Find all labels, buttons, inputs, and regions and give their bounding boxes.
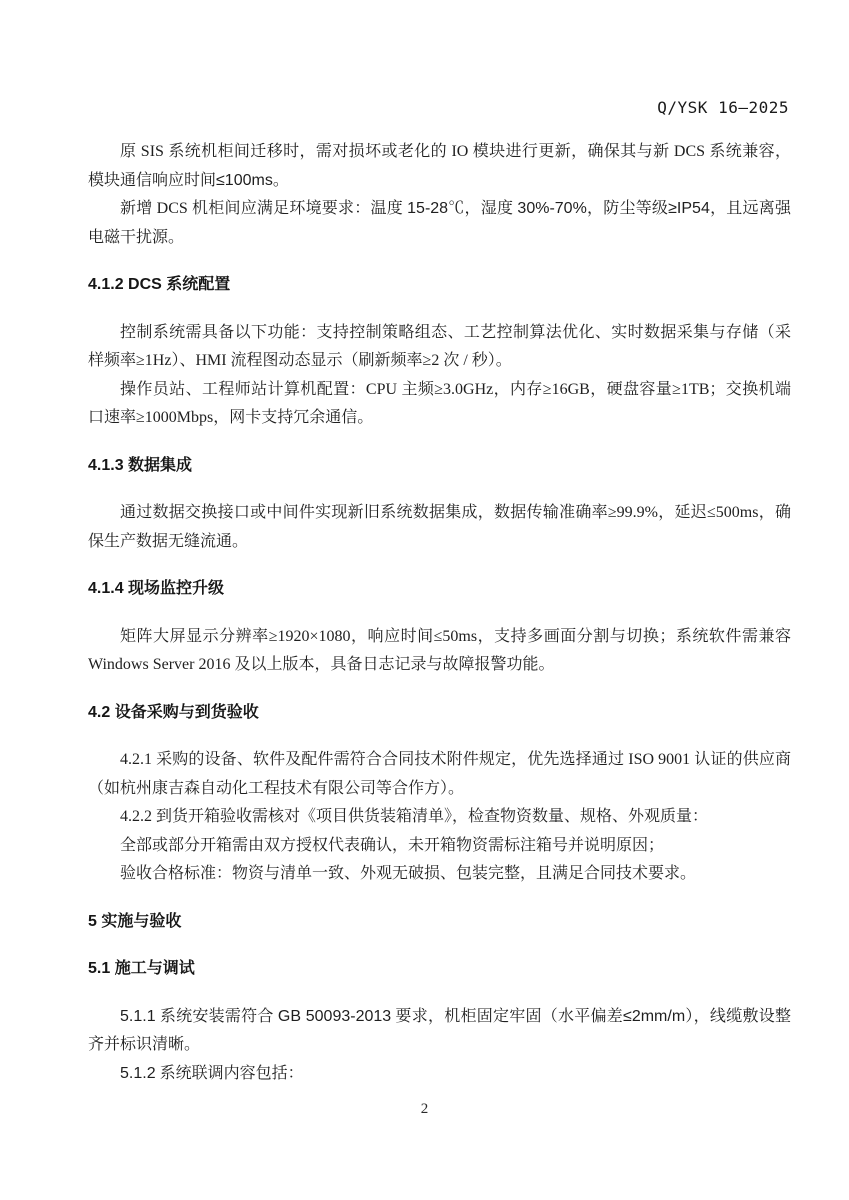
text-run: 系统联调内容包括： xyxy=(156,1065,304,1082)
document-code-header: Q/YSK 16—2025 xyxy=(657,97,789,119)
text-run: 4.1.2 DCS 系统配置 xyxy=(88,276,230,293)
text-run: 5.1.2 xyxy=(120,1065,156,1082)
text-run: 4.2 设备采购与到货验收 xyxy=(88,704,259,721)
text-run: 控制系统需具备以下功能：支持控制策略组态、工艺控制算法优化、实时数据采集与存储（… xyxy=(88,324,791,370)
text-run: 通过数据交换接口或中间件实现新旧系统数据集成，数据传输准确率≥99.9%，延迟≤… xyxy=(88,504,791,550)
text-run: ，防尘等级 xyxy=(587,200,668,217)
text-run: ≤100ms xyxy=(216,172,273,189)
text-run: 4.1.4 现场监控升级 xyxy=(88,580,224,597)
section-heading: 4.1.4 现场监控升级 xyxy=(88,575,791,604)
text-run: 5.1.1 xyxy=(120,1008,156,1025)
body-paragraph: 原 SIS 系统机柜间迁移时，需对损坏或老化的 IO 模块进行更新，确保其与新 … xyxy=(88,138,791,195)
document-body: 原 SIS 系统机柜间迁移时，需对损坏或老化的 IO 模块进行更新，确保其与新 … xyxy=(88,138,791,1088)
section-heading: 4.1.3 数据集成 xyxy=(88,452,791,481)
text-run: 15-28 xyxy=(407,200,448,217)
text-run: 4.2.1 采购的设备、软件及配件需符合合同技术附件规定，优先选择通过 ISO … xyxy=(88,751,791,797)
text-run: 原 SIS 系统机柜间迁移时，需对损坏或老化的 IO 模块进行更新，确保其与新 … xyxy=(88,143,791,189)
text-run: GB 50093-2013 xyxy=(278,1008,391,1025)
text-run: 新增 DCS 机柜间应满足环境要求：温度 xyxy=(120,200,407,217)
section-heading: 4.1.2 DCS 系统配置 xyxy=(88,271,791,300)
body-paragraph: 4.2.1 采购的设备、软件及配件需符合合同技术附件规定，优先选择通过 ISO … xyxy=(88,746,791,803)
document-page: Q/YSK 16—2025 原 SIS 系统机柜间迁移时，需对损坏或老化的 IO… xyxy=(0,0,849,1200)
text-run: ≤2mm/m xyxy=(623,1008,685,1025)
section-heading: 4.2 设备采购与到货验收 xyxy=(88,699,791,728)
body-paragraph: 新增 DCS 机柜间应满足环境要求：温度 15-28℃，湿度 30%-70%，防… xyxy=(88,195,791,252)
text-run: 系统安装需符合 xyxy=(156,1008,278,1025)
page-number: 2 xyxy=(0,1099,849,1119)
body-paragraph: 控制系统需具备以下功能：支持控制策略组态、工艺控制算法优化、实时数据采集与存储（… xyxy=(88,319,791,376)
text-run: 4.2.2 到货开箱验收需核对《项目供货装箱清单》，检查物资数量、规格、外观质量… xyxy=(120,808,708,825)
text-run: 4.1.3 数据集成 xyxy=(88,457,192,474)
text-run: 验收合格标准：物资与清单一致、外观无破损、包装完整，且满足合同技术要求。 xyxy=(120,865,696,882)
body-paragraph: 操作员站、工程师站计算机配置：CPU 主频≥3.0GHz，内存≥16GB，硬盘容… xyxy=(88,376,791,433)
body-paragraph: 通过数据交换接口或中间件实现新旧系统数据集成，数据传输准确率≥99.9%，延迟≤… xyxy=(88,499,791,556)
text-run: 。 xyxy=(273,172,289,189)
text-run: 全部或部分开箱需由双方授权代表确认，未开箱物资需标注箱号并说明原因； xyxy=(120,837,664,854)
text-run: 要求，机柜固定牢固（水平偏差 xyxy=(391,1008,623,1025)
text-run: 操作员站、工程师站计算机配置：CPU 主频≥3.0GHz，内存≥16GB，硬盘容… xyxy=(88,381,791,427)
section-heading: 5.1 施工与调试 xyxy=(88,955,791,984)
section-heading: 5 实施与验收 xyxy=(88,908,791,937)
text-run: 5 实施与验收 xyxy=(88,913,181,930)
text-run: 矩阵大屏显示分辨率≥1920×1080，响应时间≤50ms，支持多画面分割与切换… xyxy=(88,628,791,674)
text-run: 30%-70% xyxy=(517,200,586,217)
body-paragraph: 5.1.1 系统安装需符合 GB 50093-2013 要求，机柜固定牢固（水平… xyxy=(88,1003,791,1060)
text-run: ℃，湿度 xyxy=(448,200,517,217)
body-paragraph: 全部或部分开箱需由双方授权代表确认，未开箱物资需标注箱号并说明原因； xyxy=(88,832,791,861)
body-paragraph: 4.2.2 到货开箱验收需核对《项目供货装箱清单》，检查物资数量、规格、外观质量… xyxy=(88,803,791,832)
body-paragraph: 验收合格标准：物资与清单一致、外观无破损、包装完整，且满足合同技术要求。 xyxy=(88,860,791,889)
body-paragraph: 5.1.2 系统联调内容包括： xyxy=(88,1060,791,1089)
text-run: ≥IP54 xyxy=(668,200,710,217)
body-paragraph: 矩阵大屏显示分辨率≥1920×1080，响应时间≤50ms，支持多画面分割与切换… xyxy=(88,623,791,680)
text-run: 5.1 施工与调试 xyxy=(88,960,195,977)
